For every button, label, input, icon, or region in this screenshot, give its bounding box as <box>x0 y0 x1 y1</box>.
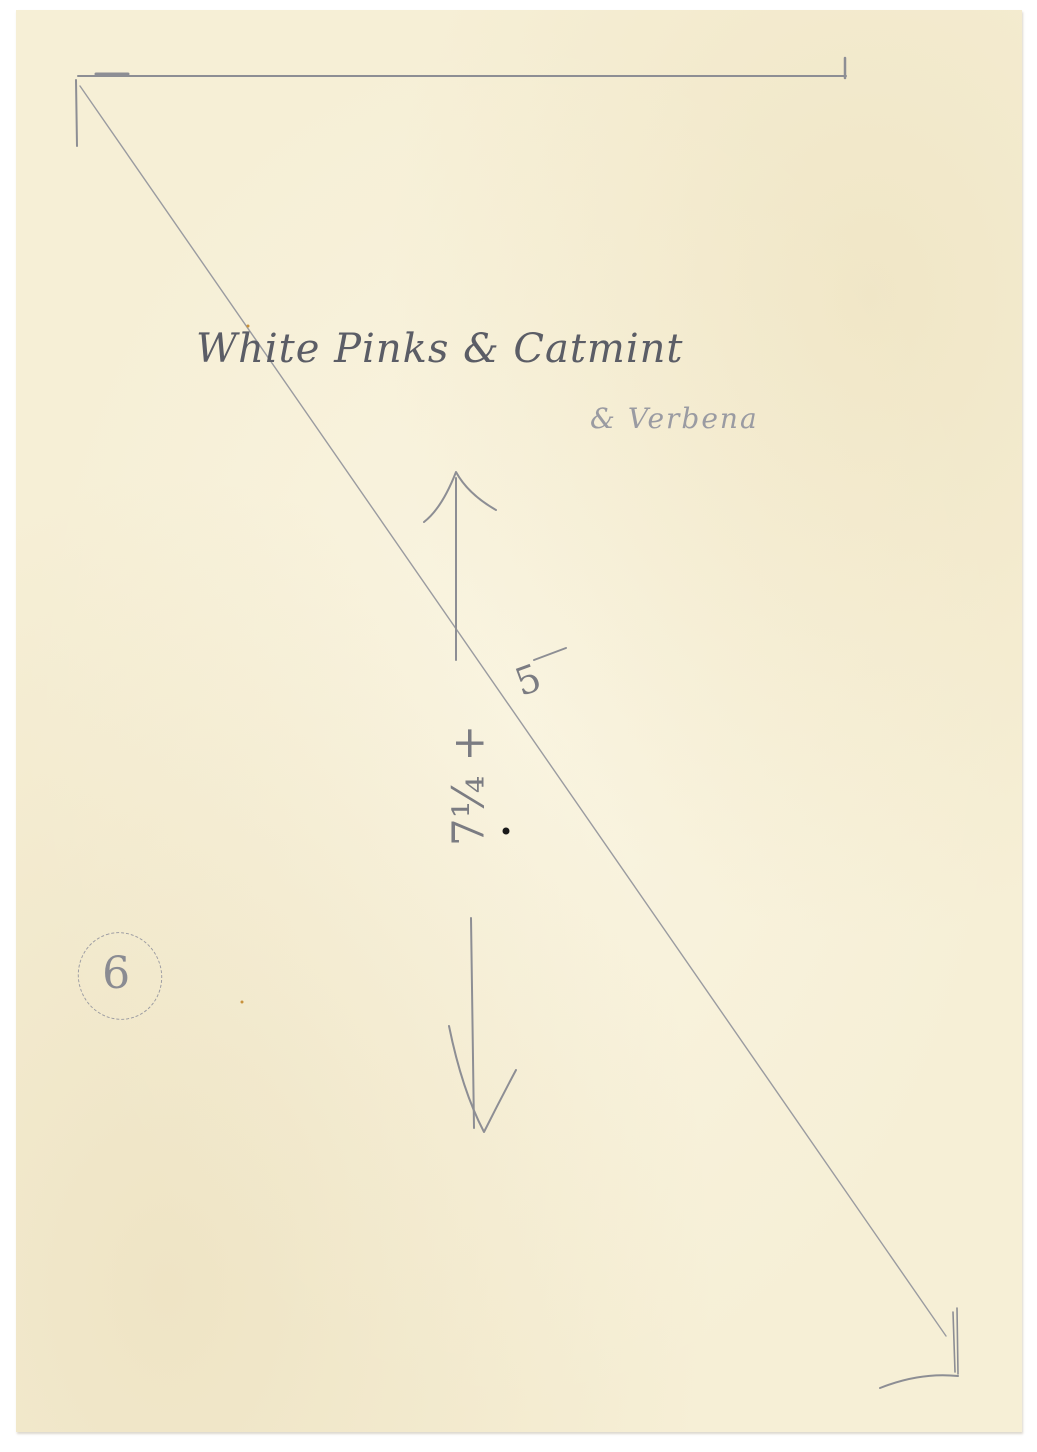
pencil-marks <box>0 0 1037 1452</box>
note-addition: & Verbena <box>590 402 759 435</box>
circled-number-text: 6 <box>102 948 130 999</box>
note-title-line: White Pinks & Catmint <box>196 326 683 372</box>
frame-left-line <box>76 80 77 146</box>
diagonal-line <box>80 86 946 1336</box>
dimension-rotated: 7¼ + <box>443 725 494 847</box>
arrow-down-icon <box>471 918 474 1128</box>
frame-bottom-right-corner <box>953 1308 958 1374</box>
